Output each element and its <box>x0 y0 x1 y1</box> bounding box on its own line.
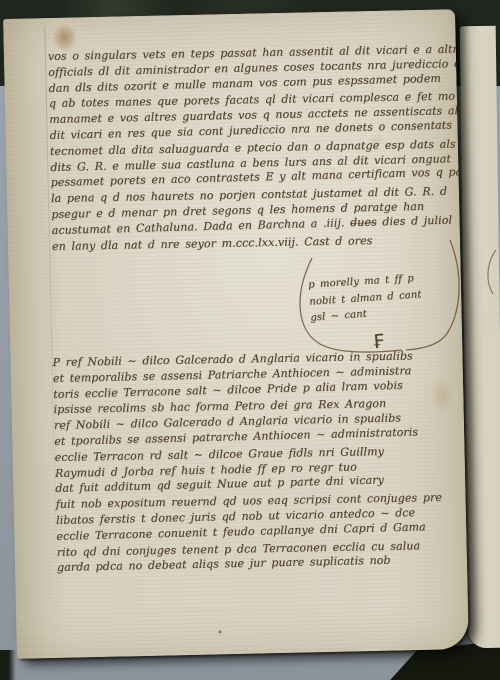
paragraph-catalan-letter: vos o singulars vets en teps passat han … <box>48 40 460 254</box>
paragraph-latin-letter: P ref Nobili ~ dilco Galcerado d Anglari… <box>52 346 467 576</box>
manuscript-page: vos o singulars vets en teps passat han … <box>3 9 469 659</box>
paper-speck <box>218 630 221 633</box>
registration-note: p morelly ma t ff p nobit t alman d cant… <box>308 268 461 327</box>
manuscript-photo: vos o singulars vets en teps passat han … <box>0 0 500 680</box>
backdrop-corner-bottom-left <box>0 650 16 680</box>
